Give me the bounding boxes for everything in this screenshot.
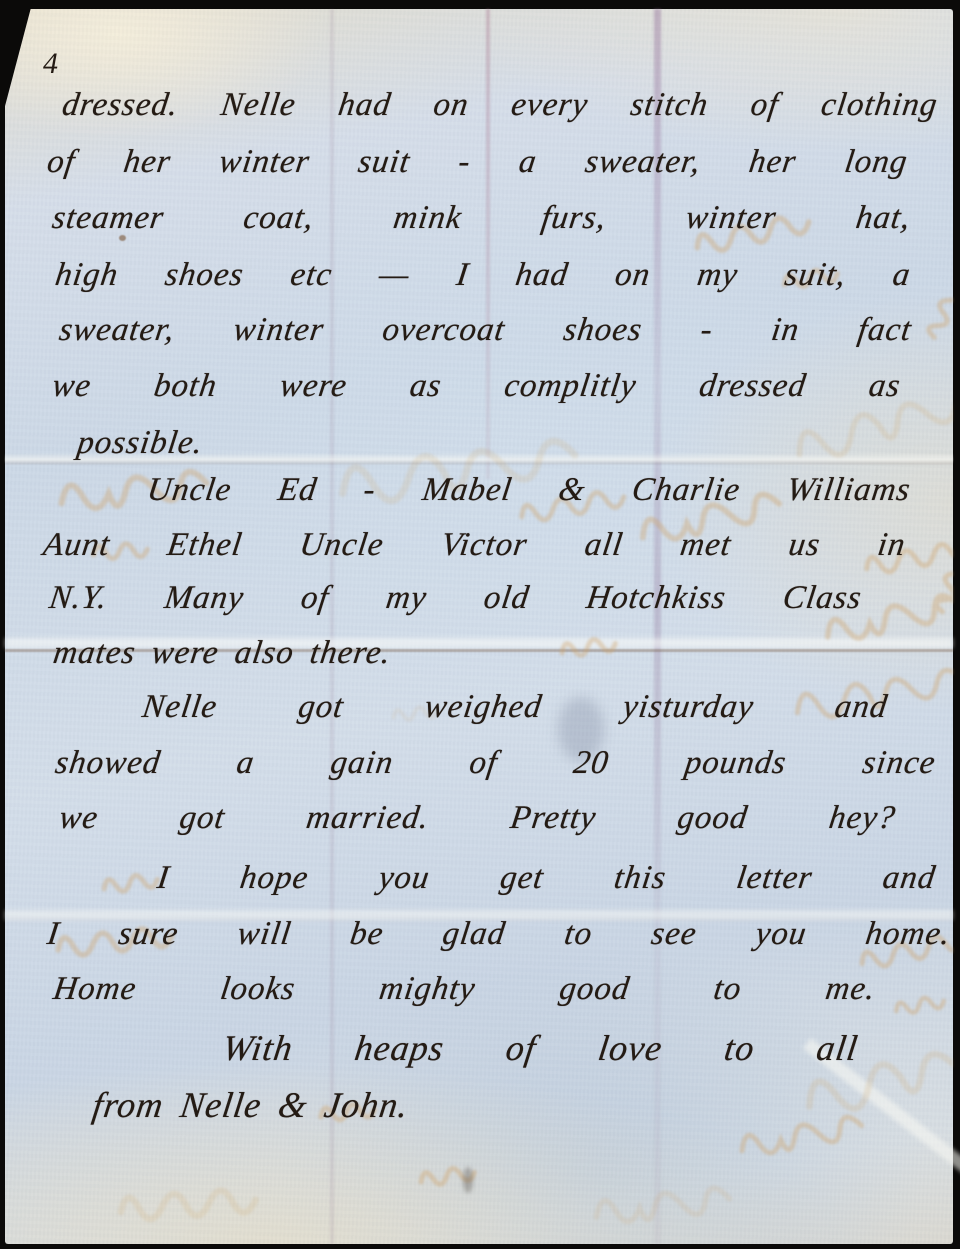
- handwriting-line-12: Nelle got weighed yisturday and: [140, 689, 890, 725]
- handwriting-line-7: possible.: [75, 425, 206, 461]
- handwriting-line-1: dressed. Nelle had on every stitch of cl…: [60, 87, 940, 123]
- handwriting-line-16: I sure will be glad to see you home.: [45, 916, 953, 952]
- handwriting-line-9: Aunt Ethel Uncle Victor all met us in: [41, 527, 908, 563]
- handwriting-line-6: we both were as complitly dressed as: [50, 368, 903, 404]
- handwriting-closing-line: With heaps of love to all: [220, 1029, 861, 1069]
- handwriting-line-4: high shoes etc — I had on my suit, a: [53, 257, 913, 293]
- handwriting-line-14: we got married. Pretty good hey?: [57, 800, 898, 836]
- ink-smudge: [463, 1167, 473, 1193]
- handwriting-line-15: I hope you get this letter and: [155, 860, 938, 896]
- handwriting-line-3: steamer coat, mink furs, winter hat,: [50, 200, 913, 236]
- fold-crease-vertical-center: [486, 9, 490, 479]
- handwriting-line-17: Home looks mighty good to me.: [51, 971, 878, 1007]
- page-number: 4: [43, 47, 58, 81]
- handwriting-line-10: N.Y. Many of my old Hotchkiss Class: [47, 580, 864, 616]
- handwriting-line-13: showed a gain of 20 pounds since: [53, 745, 938, 781]
- letter-paper: 4 dressed. Nelle had on every stitch of …: [5, 9, 953, 1244]
- handwriting-line-8: Uncle Ed - Mabel & Charlie Williams: [145, 472, 913, 508]
- handwriting-line-2: of her winter suit - a sweater, her long: [45, 144, 910, 180]
- handwriting-line-5: sweater, winter overcoat shoes - in fact: [57, 312, 914, 348]
- handwriting-signature-line: from Nelle & John.: [90, 1086, 411, 1126]
- scanned-letter-page: 4 dressed. Nelle had on every stitch of …: [0, 0, 960, 1249]
- handwriting-line-11: mates were also there.: [51, 635, 394, 671]
